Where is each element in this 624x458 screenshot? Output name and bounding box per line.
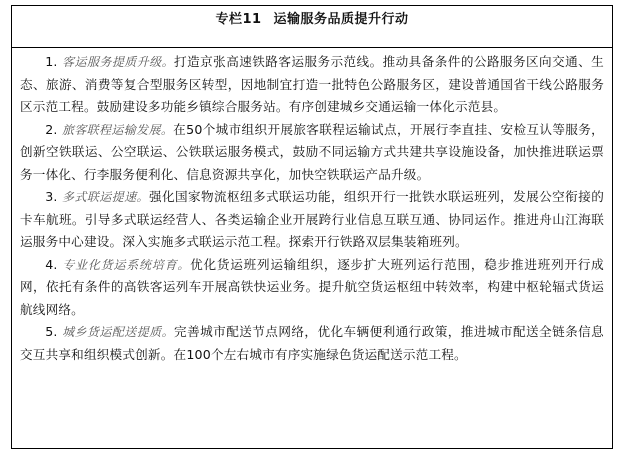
item-heading: 城乡货运配送提质。 — [62, 325, 174, 339]
item-number: 4. — [45, 257, 57, 272]
item-paragraph: 2. 旅客联程运输发展。在50个城市组织开展旅客联程运输试点，开展行李直挂、安检… — [20, 119, 604, 187]
item-paragraph: 1. 客运服务提质升级。打造京张高速铁路客运服务示范线。推动具备条件的公路服务区… — [20, 51, 604, 119]
item-heading: 客运服务提质升级。 — [62, 55, 174, 69]
item-number: 1. — [45, 54, 57, 69]
item-heading: 旅客联程运输发展。 — [62, 123, 173, 137]
box-header: 专栏11运输服务品质提升行动 — [12, 6, 612, 48]
feature-box: 专栏11运输服务品质提升行动 1. 客运服务提质升级。打造京张高速铁路客运服务示… — [11, 5, 613, 449]
item-heading: 专业化货运系统培育。 — [62, 258, 190, 272]
box-number: 专栏11 — [215, 12, 261, 27]
item-number: 2. — [45, 122, 57, 137]
item-heading: 多式联运提速。 — [62, 190, 149, 204]
item-number: 3. — [45, 189, 57, 204]
item-paragraph: 5. 城乡货运配送提质。完善城市配送节点网络，优化车辆便利通行政策，推进城市配送… — [20, 321, 604, 366]
box-title: 运输服务品质提升行动 — [274, 12, 409, 27]
box-body: 1. 客运服务提质升级。打造京张高速铁路客运服务示范线。推动具备条件的公路服务区… — [12, 48, 612, 366]
item-paragraph: 3. 多式联运提速。强化国家物流枢纽多式联运功能，组织开行一批铁水联运班列，发展… — [20, 186, 604, 254]
item-paragraph: 4. 专业化货运系统培育。优化货运班列运输组织，逐步扩大班列运行范围，稳步推进班… — [20, 254, 604, 322]
item-number: 5. — [45, 324, 57, 339]
